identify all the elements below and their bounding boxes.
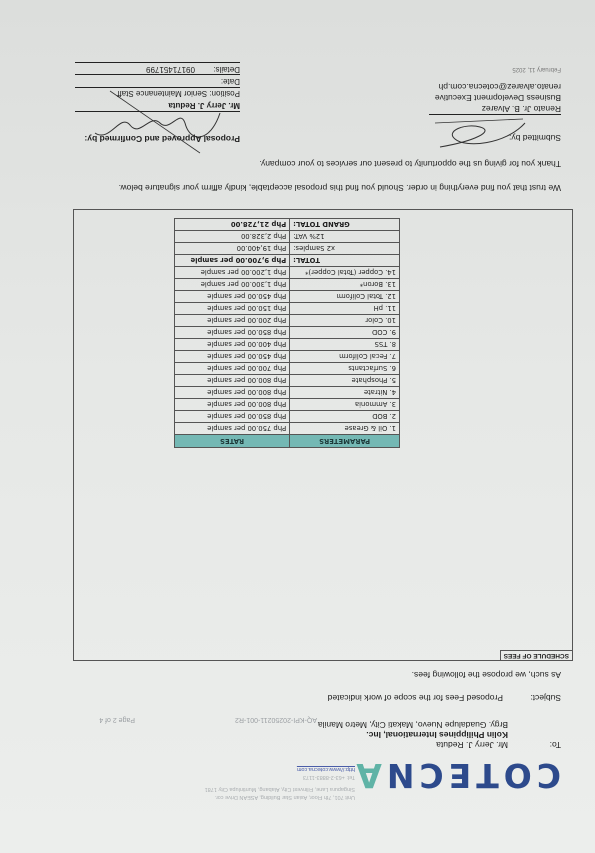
parameter-cell: 3. Ammonia bbox=[290, 399, 400, 411]
rate-cell: Php 750.00 per sample bbox=[175, 423, 290, 435]
company-address: Unit 701, 7th Floor, Asian Star Building… bbox=[125, 765, 355, 801]
website-link[interactable]: http://www.cotecna.com bbox=[125, 765, 355, 773]
parameter-cell: 5. Phosphate bbox=[290, 375, 400, 387]
parameter-cell: 8. TSS bbox=[290, 339, 400, 351]
table-row: 7. Fecal ColiformPhp 450.00 per sample bbox=[175, 351, 400, 363]
rate-cell: Php 450.00 per sample bbox=[175, 351, 290, 363]
logo-text: COTECNA bbox=[351, 756, 561, 795]
submitted-date: February 11, 2025 bbox=[512, 66, 561, 72]
rate-cell: Php 1,300.00 per sample bbox=[175, 279, 290, 291]
rate-cell: Php 1,200.00 per sample bbox=[175, 267, 290, 279]
summary-value: Php 21,728.00 bbox=[175, 219, 290, 231]
summary-label: 12% VAT: bbox=[290, 231, 400, 243]
position-label: Position: bbox=[209, 89, 240, 98]
rate-cell: Php 200.00 per sample bbox=[175, 315, 290, 327]
submitter-signature bbox=[425, 113, 535, 153]
rate-cell: Php 450.00 per sample bbox=[175, 291, 290, 303]
column-header-parameters: PARAMETERS bbox=[290, 435, 400, 448]
table-row: 5. PhosphatePhp 800.00 per sample bbox=[175, 375, 400, 387]
summary-row: 12% VAT:Php 2,328.00 bbox=[175, 231, 400, 243]
summary-label: x2 Samples: bbox=[290, 243, 400, 255]
parameter-cell: 2. BOD bbox=[290, 411, 400, 423]
rate-cell: Php 850.00 per sample bbox=[175, 411, 290, 423]
table-row: 1. Oil & GreasePhp 750.00 per sample bbox=[175, 423, 400, 435]
table-row: 4. NitratePhp 800.00 per sample bbox=[175, 387, 400, 399]
parameter-cell: 4. Nitrate bbox=[290, 387, 400, 399]
table-row: 13. Boron*Php 1,300.00 per sample bbox=[175, 279, 400, 291]
parameter-cell: 6. Surfactants bbox=[290, 363, 400, 375]
rate-cell: Php 150.00 per sample bbox=[175, 303, 290, 315]
table-row: 14. Copper (Total Copper)*Php 1,200.00 p… bbox=[175, 267, 400, 279]
rate-cell: Php 800.00 per sample bbox=[175, 375, 290, 387]
recipient-address: Brgy. Guadalupe Nuevo, Makati City, Metr… bbox=[318, 720, 508, 730]
summary-row: GRAND TOTAL:Php 21,728.00 bbox=[175, 219, 400, 231]
parameter-cell: 10. Color bbox=[290, 315, 400, 327]
recipient-block: Mr. Jerry J. Reduta Kolin Philippines In… bbox=[318, 720, 508, 750]
position-value: Senior Maintenance Staff bbox=[117, 89, 207, 98]
rate-cell: Php 800.00 per sample bbox=[175, 399, 290, 411]
submitter-signature-line bbox=[429, 114, 561, 115]
subject-label: Subject: bbox=[530, 693, 561, 703]
table-row: 12. Total ColiformPhp 450.00 per sample bbox=[175, 291, 400, 303]
table-row: 11. pHPhp 150.00 per sample bbox=[175, 303, 400, 315]
summary-label: TOTAL: bbox=[290, 255, 400, 267]
summary-value: Php 19,400.00 bbox=[175, 243, 290, 255]
rate-cell: Php 400.00 per sample bbox=[175, 339, 290, 351]
table-row: 8. TSSPhp 400.00 per sample bbox=[175, 339, 400, 351]
submitter-block: Renato Jr. B. Alvarez Business Developme… bbox=[435, 81, 561, 114]
parameter-cell: 12. Total Coliform bbox=[290, 291, 400, 303]
approver-name: Mr. Jerry J. Reduta bbox=[117, 99, 240, 111]
parameter-cell: 14. Copper (Total Copper)* bbox=[290, 267, 400, 279]
rate-cell: Php 850.00 per sample bbox=[175, 327, 290, 339]
schedule-title: SCHEDULE OF FEES bbox=[500, 650, 572, 660]
submitter-email[interactable]: renato.alvarez@cotecna.com.ph bbox=[435, 81, 561, 92]
closing-text: We trust that you find everything in ord… bbox=[119, 183, 561, 193]
parameter-cell: 13. Boron* bbox=[290, 279, 400, 291]
submitter-title: Business Development Executive bbox=[435, 92, 561, 103]
details-line-top bbox=[75, 74, 240, 75]
summary-row: x2 Samples:Php 19,400.00 bbox=[175, 243, 400, 255]
document-reference: AQ-KPI-20250211-001-R2 bbox=[235, 716, 317, 723]
cotecna-logo: COTECNA bbox=[351, 756, 561, 795]
tel: Tel: +63-2-8883-1173 bbox=[125, 773, 355, 781]
address-line-2: Singapura Lane, Filinvest City, Alabang,… bbox=[125, 785, 355, 793]
date-line bbox=[75, 87, 240, 88]
thanks-text: Thank you for giving us the opportunity … bbox=[259, 159, 561, 169]
subject-text: Proposed Fees for the scope of work indi… bbox=[328, 693, 503, 703]
table-row: 3. AmmoniaPhp 800.00 per sample bbox=[175, 399, 400, 411]
table-row: 10. ColorPhp 200.00 per sample bbox=[175, 315, 400, 327]
table-row: 9. CODPhp 850.00 per sample bbox=[175, 327, 400, 339]
details-value: 09171451799 bbox=[146, 65, 195, 74]
fees-table: PARAMETERS RATES 1. Oil & GreasePhp 750.… bbox=[174, 218, 400, 448]
parameter-cell: 9. COD bbox=[290, 327, 400, 339]
submitter-name: Renato Jr. B. Alvarez bbox=[435, 103, 561, 114]
parameter-cell: 1. Oil & Grease bbox=[290, 423, 400, 435]
document-page: COTECNA Unit 701, 7th Floor, Asian Star … bbox=[0, 0, 595, 853]
recipient-company: Kolin Philippines International, Inc. bbox=[318, 730, 508, 740]
date-label: Date: bbox=[117, 75, 240, 87]
intro-text: As such, we propose the following fees. bbox=[412, 670, 561, 680]
recipient-name: Mr. Jerry J. Reduta bbox=[318, 740, 508, 750]
summary-value: Php 2,328.00 bbox=[175, 231, 290, 243]
summary-value: Php 9,700.00 per sample bbox=[175, 255, 290, 267]
parameter-cell: 7. Fecal Coliform bbox=[290, 351, 400, 363]
address-line-1: Unit 701, 7th Floor, Asian Star Building… bbox=[125, 793, 355, 801]
summary-row: TOTAL:Php 9,700.00 per sample bbox=[175, 255, 400, 267]
rate-cell: Php 800.00 per sample bbox=[175, 387, 290, 399]
details-line-bottom bbox=[75, 62, 240, 63]
column-header-rates: RATES bbox=[175, 435, 290, 448]
table-row: 6. SurfactantsPhp 700.00 per sample bbox=[175, 363, 400, 375]
to-label: To: bbox=[550, 740, 561, 750]
summary-label: GRAND TOTAL: bbox=[290, 219, 400, 231]
page-number: Page 2 of 4 bbox=[99, 716, 135, 723]
parameter-cell: 11. pH bbox=[290, 303, 400, 315]
approver-signature-line bbox=[75, 111, 240, 112]
table-row: 2. BODPhp 850.00 per sample bbox=[175, 411, 400, 423]
rate-cell: Php 700.00 per sample bbox=[175, 363, 290, 375]
